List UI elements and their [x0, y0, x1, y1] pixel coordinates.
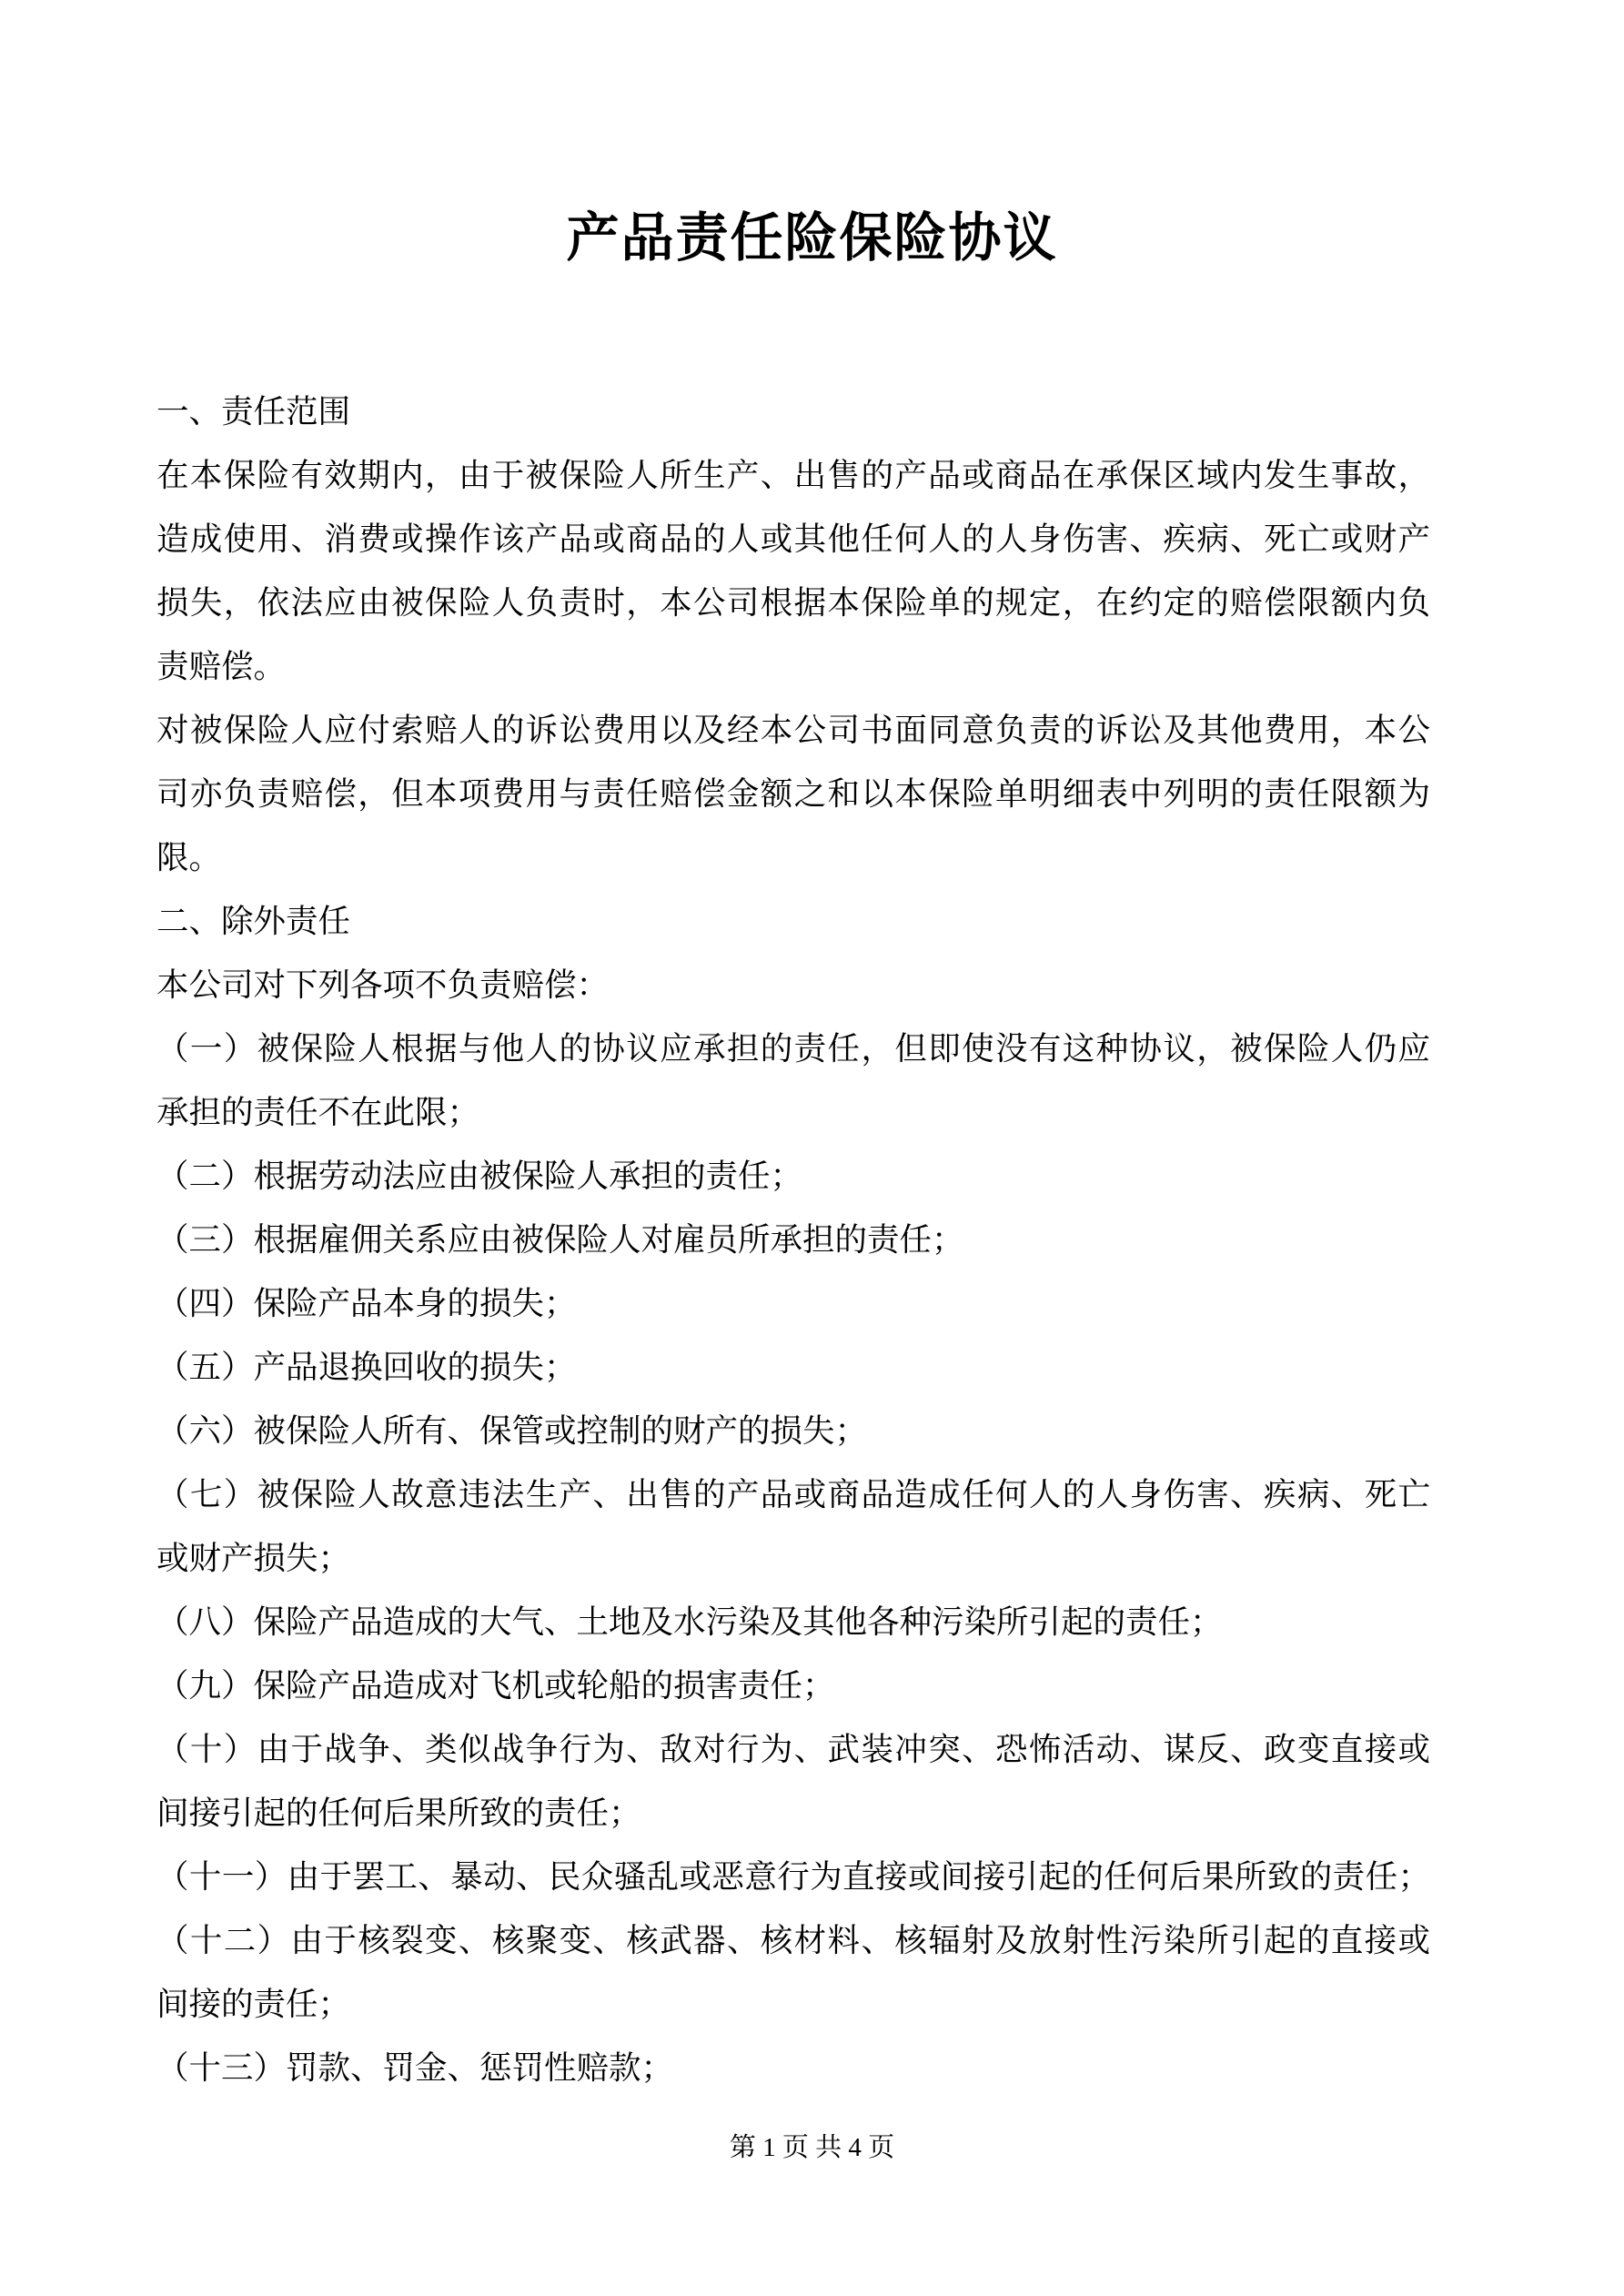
text-line: 承担的责任不在此限；: [156, 1080, 1430, 1144]
text-line: 本公司对下列各项不负责赔偿：: [156, 953, 1430, 1017]
text-line: （九）保险产品造成对飞机或轮船的损害责任；: [156, 1654, 1430, 1717]
text-line: （十一）由于罢工、暴动、民众骚乱或恶意行为直接或间接引起的任何后果所致的责任；: [156, 1845, 1430, 1908]
text-line: 二、除外责任: [156, 889, 1430, 953]
document-page: 产品责任险保险协议 一、责任范围在本保险有效期内，由于被保险人所生产、出售的产品…: [0, 0, 1624, 2296]
page-number-footer: 第 1 页 共 4 页: [0, 2121, 1624, 2174]
text-line: 限。: [156, 825, 1430, 889]
text-line: 损失，依法应由被保险人负责时，本公司根据本保险单的规定，在约定的赔偿限额内负: [156, 571, 1430, 634]
text-line: （二）根据劳动法应由被保险人承担的责任；: [156, 1144, 1430, 1208]
text-line: （一）被保险人根据与他人的协议应承担的责任，但即使没有这种协议，被保险人仍应: [156, 1017, 1430, 1080]
text-line: 或财产损失；: [156, 1526, 1430, 1590]
document-body: 一、责任范围在本保险有效期内，由于被保险人所生产、出售的产品或商品在承保区域内发…: [156, 379, 1430, 2099]
text-line: 在本保险有效期内，由于被保险人所生产、出售的产品或商品在承保区域内发生事故，: [156, 443, 1430, 507]
text-line: （六）被保险人所有、保管或控制的财产的损失；: [156, 1399, 1430, 1462]
text-line: 对被保险人应付索赔人的诉讼费用以及经本公司书面同意负责的诉讼及其他费用，本公: [156, 698, 1430, 762]
text-line: （四）保险产品本身的损失；: [156, 1271, 1430, 1335]
text-line: 间接的责任；: [156, 1972, 1430, 2036]
text-line: （三）根据雇佣关系应由被保险人对雇员所承担的责任；: [156, 1208, 1430, 1271]
text-line: （十）由于战争、类似战争行为、敌对行为、武装冲突、恐怖活动、谋反、政变直接或: [156, 1717, 1430, 1781]
text-line: （十二）由于核裂变、核聚变、核武器、核材料、核辐射及放射性污染所引起的直接或: [156, 1908, 1430, 1972]
text-line: （七）被保险人故意违法生产、出售的产品或商品造成任何人的人身伤害、疾病、死亡: [156, 1462, 1430, 1526]
text-line: （十三）罚款、罚金、惩罚性赔款；: [156, 2036, 1430, 2099]
text-line: 一、责任范围: [156, 379, 1430, 443]
text-line: （五）产品退换回收的损失；: [156, 1335, 1430, 1399]
text-line: 司亦负责赔偿，但本项费用与责任赔偿金额之和以本保险单明细表中列明的责任限额为: [156, 762, 1430, 825]
text-line: 间接引起的任何后果所致的责任；: [156, 1781, 1430, 1845]
text-line: 造成使用、消费或操作该产品或商品的人或其他任何人的人身伤害、疾病、死亡或财产: [156, 507, 1430, 571]
document-title: 产品责任险保险协议: [0, 193, 1624, 284]
text-line: （八）保险产品造成的大气、土地及水污染及其他各种污染所引起的责任；: [156, 1590, 1430, 1654]
text-line: 责赔偿。: [156, 634, 1430, 698]
